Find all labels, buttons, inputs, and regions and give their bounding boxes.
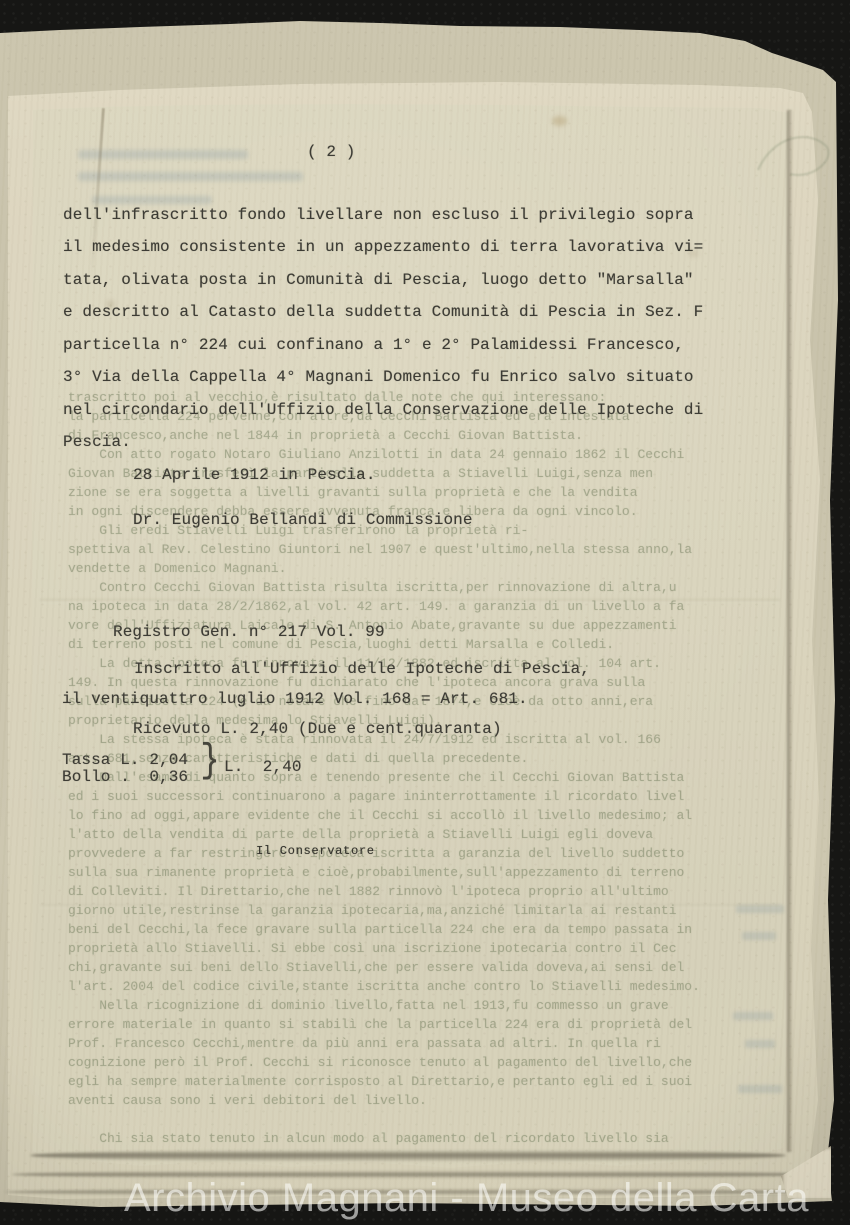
body-line: particella n° 224 cui confinano a 1° e 2… xyxy=(63,336,684,354)
blue-bleed-fragment xyxy=(742,932,776,940)
page-number: ( 2 ) xyxy=(307,143,356,161)
scanned-document-photo: trascritto poi al vecchio,è risultato da… xyxy=(0,0,850,1225)
body-line: il medesimo consistente in un appezzamen… xyxy=(63,238,703,256)
blue-bleed-mark xyxy=(78,172,303,181)
document-page xyxy=(0,0,850,1225)
inscritto-line-1: Inscritto all'Uffizio delle Ipoteche di … xyxy=(134,660,590,678)
body-line: e descritto al Catasto della suddetta Co… xyxy=(63,303,703,321)
horizontal-crease xyxy=(40,598,780,604)
body-line: 3° Via della Cappella 4° Magnani Domenic… xyxy=(63,368,694,386)
ricevuto-line: Ricevuto L. 2,40 (Due e cent.quaranta) xyxy=(133,720,502,738)
bottom-edge-shadow xyxy=(30,1150,786,1161)
inscritto-line-2: il ventiquattro luglio 1912 Vol. 168 = A… xyxy=(62,690,528,708)
body-line: nel circondario dell'Uffizio della Conse… xyxy=(63,401,703,419)
blue-bleed-fragment xyxy=(745,1040,775,1048)
bottom-edge-shadow xyxy=(12,1171,812,1178)
brace-glyph: } xyxy=(200,740,219,784)
date-line: 28 Aprile 1912 in Pescia. xyxy=(133,466,376,484)
blue-bleed-mark xyxy=(78,150,248,159)
totale-line: L. 2,40 xyxy=(224,758,302,776)
tassa-line: Tassa L. 2,04 xyxy=(62,751,188,769)
conservatore-line: Il Conservatore xyxy=(256,844,375,858)
bollo-line: Bollo . 0,36 xyxy=(62,768,188,786)
body-line: Pescia. xyxy=(63,433,131,451)
horizontal-crease xyxy=(40,903,780,909)
right-edge-shadow xyxy=(787,110,792,1152)
body-line: dell'infrascritto fondo livellare non es… xyxy=(63,206,694,224)
paper-stain xyxy=(552,116,567,126)
blue-bleed-fragment xyxy=(733,1012,773,1020)
signature-line: Dr. Eugenio Bellandi di Commissione xyxy=(133,511,473,529)
blue-bleed-mark xyxy=(92,196,212,204)
bottom-edge-shadow xyxy=(5,1189,825,1195)
blue-bleed-fragment xyxy=(738,1085,782,1093)
registro-line: Registro Gen. n° 217 Vol. 99 xyxy=(113,623,385,641)
pencil-scribble xyxy=(752,128,837,188)
body-line: tata, olivata posta in Comunità di Pesci… xyxy=(63,271,694,289)
